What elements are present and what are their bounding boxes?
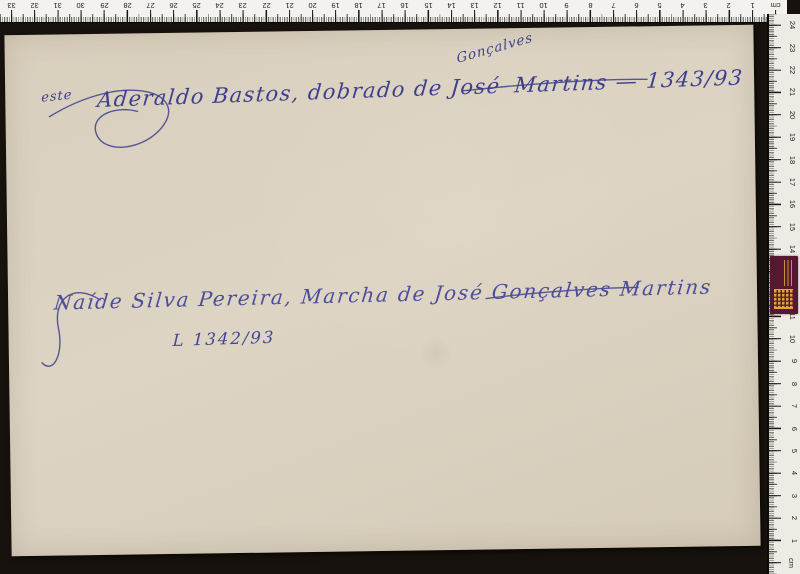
ruler-number: 25 — [185, 0, 208, 10]
ruler-number: 19 — [788, 133, 796, 141]
ruler-number: 5 — [790, 449, 798, 453]
ruler-number-slot: 21 — [769, 81, 800, 103]
ruler-number-slot: cm — [769, 552, 800, 574]
ruler-number-slot: 4 — [769, 462, 800, 484]
ruler-number: 19 — [324, 0, 347, 10]
library-building-icon — [774, 289, 793, 309]
ruler-number: 3 — [694, 0, 717, 10]
handwritten-registration-number: L 1342/93 — [172, 328, 275, 350]
ruler-number: 7 — [602, 0, 625, 10]
ruler-number: 22 — [788, 66, 796, 74]
ruler-number: 23 — [231, 0, 254, 10]
ruler-number: 8 — [579, 0, 602, 10]
ruler-number-slot: 20 — [769, 104, 800, 126]
ruler-number-slot: 2 — [769, 507, 800, 529]
ruler-number-slot: 1 — [769, 529, 800, 551]
ruler-number-slot: 7 — [769, 395, 800, 417]
ruler-number: 14 — [788, 245, 796, 253]
ruler-number-slot: 8 — [769, 373, 800, 395]
ruler-number: 20 — [301, 0, 324, 10]
ruler-number-slot: 17 — [769, 171, 800, 193]
ruler-number: 17 — [788, 178, 796, 186]
ruler-number: 27 — [139, 0, 162, 10]
handwritten-word-este: este — [41, 88, 72, 106]
ruler-number: 15 — [788, 223, 796, 231]
ruler-number: 20 — [788, 111, 796, 119]
ruler-number: 6 — [790, 426, 798, 430]
sticker-text — [784, 260, 793, 286]
ruler-number: 15 — [417, 0, 440, 10]
ruler-number: 32 — [23, 0, 46, 10]
ruler-number: 33 — [0, 0, 23, 10]
handwritten-insertion-goncalves: Gonçalves — [456, 29, 534, 67]
ruler-number-slot: 9 — [769, 350, 800, 372]
ruler-number-slot: 18 — [769, 148, 800, 170]
note1-suffix: Martins — 1343/93 — [513, 65, 744, 97]
ruler-number: 4 — [671, 0, 694, 10]
ruler-number-slot: 19 — [769, 126, 800, 148]
ruler-number: 17 — [370, 0, 393, 10]
top-ruler: 3332313029282726252423222120191817161514… — [0, 0, 787, 22]
ruler-number: 23 — [788, 43, 796, 51]
ruler-number: 21 — [788, 88, 796, 96]
ruler-number: 18 — [347, 0, 370, 10]
ruler-number: 24 — [208, 0, 231, 10]
ruler-number: 2 — [717, 0, 740, 10]
ruler-number-slot: 15 — [769, 216, 800, 238]
ruler-number: 4 — [790, 471, 798, 475]
ruler-number: 24 — [788, 21, 796, 29]
ruler-number: 3 — [790, 494, 798, 498]
ruler-number: 21 — [278, 0, 301, 10]
ruler-number-slot: 3 — [769, 485, 800, 507]
ruler-number-slot: 5 — [769, 440, 800, 462]
note1-text: Aderaldo Bastos, dobrado de José — [96, 74, 501, 112]
ruler-number: 7 — [790, 404, 798, 408]
ruler-number: 9 — [555, 0, 578, 10]
handwritten-note-1: Aderaldo Bastos, dobrado de JoséMartins … — [96, 65, 744, 112]
ruler-number: 13 — [463, 0, 486, 10]
library-logo-sticker — [770, 256, 798, 314]
ruler-number: 29 — [93, 0, 116, 10]
ruler-number: 2 — [790, 516, 798, 520]
ruler-number: cm — [764, 0, 787, 10]
ruler-number: 10 — [532, 0, 555, 10]
ruler-number: 16 — [393, 0, 416, 10]
ruler-number: 18 — [788, 155, 796, 163]
ruler-number: 22 — [255, 0, 278, 10]
ruler-number-slot: 6 — [769, 417, 800, 439]
ruler-number: cm — [787, 558, 795, 568]
ruler-number-slot: 23 — [769, 36, 800, 58]
ruler-number: 16 — [788, 200, 796, 208]
ruler-number: 9 — [790, 359, 798, 363]
ruler-number: 30 — [69, 0, 92, 10]
document-paper: este Aderaldo Bastos, dobrado de JoséMar… — [4, 25, 760, 556]
ruler-number-slot: 24 — [769, 14, 800, 36]
ruler-number-slot: 16 — [769, 193, 800, 215]
ruler-number: 12 — [486, 0, 509, 10]
archival-scan-background: este Aderaldo Bastos, dobrado de JoséMar… — [0, 0, 800, 574]
ruler-number: 1 — [790, 538, 798, 542]
ruler-number: 28 — [116, 0, 139, 10]
ruler-number: 26 — [162, 0, 185, 10]
ruler-number: 11 — [509, 0, 532, 10]
top-ruler-cm-ticks — [0, 10, 787, 22]
ruler-number: 8 — [790, 382, 798, 386]
ruler-number-slot: 22 — [769, 59, 800, 81]
handwritten-note-2: Naíde Silva Pereira, Marcha de José Gonç… — [53, 274, 713, 314]
top-ruler-numbers: 3332313029282726252423222120191817161514… — [0, 0, 787, 10]
ruler-number: 6 — [625, 0, 648, 10]
ruler-number: 5 — [648, 0, 671, 10]
ruler-number: 10 — [788, 335, 796, 343]
ruler-number: 14 — [440, 0, 463, 10]
ruler-number: 1 — [741, 0, 764, 10]
ruler-number-slot: 10 — [769, 328, 800, 350]
ruler-number: 31 — [46, 0, 69, 10]
